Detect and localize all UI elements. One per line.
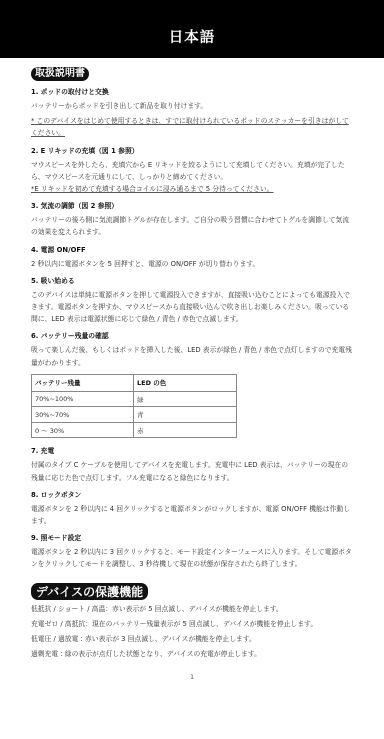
section-eliquid: 2. E リキッドの充填（図 1 参照） マウスピースを外したら、充填穴から E… bbox=[31, 146, 353, 196]
protection-line: 充電ゼロ / 高抵抗：現在のバッテリー残量表示が 5 回点滅し、デバイスが機能を… bbox=[31, 618, 353, 630]
table-cell: 30%~70% bbox=[32, 407, 134, 423]
section-text: 付属のタイプ C ケーブルを使用してデバイスを充電します。充電中に LED 表示… bbox=[31, 459, 353, 483]
protection-line: 低電圧 / 過放電 : 赤い表示が 3 回点滅し、デバイスが機能を停止します。 bbox=[31, 633, 353, 645]
section-heading: 2. E リキッドの充填（図 1 参照） bbox=[31, 146, 353, 156]
page-header: 日本語 bbox=[0, 0, 384, 58]
section-heading: 7. 充電 bbox=[31, 446, 353, 456]
section-heading: 8. ロックボタン bbox=[31, 490, 353, 500]
section-heading: 1. ポッドの取付けと交換 bbox=[31, 87, 353, 97]
manual-content: 取扱説明書 1. ポッドの取付けと交換 バッテリーからポッドを引き出して新品を取… bbox=[0, 58, 384, 681]
table-cell: 緑 bbox=[134, 391, 237, 407]
section-text: マウスピースを外したら、充填穴から E リキッドを絞るようにして充填してください… bbox=[31, 159, 353, 183]
table-cell: 青 bbox=[134, 407, 237, 423]
section-pod: 1. ポッドの取付けと交換 バッテリーからポッドを引き出して新品を取り付けます。… bbox=[31, 87, 353, 140]
section-text: バッテリーの後ろ側に気流調節トグルが存在します。ご自分の吸う習慣に合わせてトグル… bbox=[31, 214, 353, 238]
table-cell: 70%~100% bbox=[32, 391, 134, 407]
section-heading: 4. 電源 ON/OFF bbox=[31, 245, 353, 255]
section-text: 吸って楽しんだ後、もしくはポッドを挿入した後、LED 表示が緑色 / 青色 / … bbox=[31, 344, 353, 368]
section-text: バッテリーからポッドを引き出して新品を取り付けます。 bbox=[31, 100, 353, 112]
table-cell: 赤 bbox=[134, 422, 237, 438]
section-text: このデバイスは単純に電源ボタンを押して電源投入できますが、直接吸い込むことによっ… bbox=[31, 289, 353, 326]
protection-line: 低抵抗 / ショート / 高温：赤い表示が 5 回点滅し、デバイスが機能を停止し… bbox=[31, 603, 353, 615]
table-row: 30%~70% 青 bbox=[32, 407, 237, 423]
protection-line: 過剰充電 : 緑の表示が点灯した状態となり、デバイスの充電が停止します。 bbox=[31, 648, 353, 660]
table-cell: 0 ～ 30% bbox=[32, 422, 134, 438]
table-header: LED の色 bbox=[134, 374, 237, 391]
section-note: *E リキッドを初めて充填する場合コイルに浸み通るまで 5 分待ってください。 bbox=[31, 183, 353, 195]
language-title: 日本語 bbox=[169, 26, 216, 47]
protection-list: 低抵抗 / ショート / 高温：赤い表示が 5 回点滅し、デバイスが機能を停止し… bbox=[31, 603, 353, 661]
table-header: バッテリー残量 bbox=[32, 374, 134, 391]
battery-led-table: バッテリー残量 LED の色 70%~100% 緑 30%~70% 青 0 ～ … bbox=[31, 374, 237, 439]
section-start: 5. 吸い始める このデバイスは単純に電源ボタンを押して電源投入できますが、直接… bbox=[31, 276, 353, 326]
section-heading: 5. 吸い始める bbox=[31, 276, 353, 286]
section-charging: 7. 充電 付属のタイプ C ケーブルを使用してデバイスを充電します。充電中に … bbox=[31, 446, 353, 483]
table-header-row: バッテリー残量 LED の色 bbox=[32, 374, 237, 391]
section-battery-check: 6. バッテリー残量の確認 吸って楽しんだ後、もしくはポッドを挿入した後、LED… bbox=[31, 331, 353, 438]
section-text: 2 秒以内に電源ボタンを 5 回押すと、電源の ON/OFF が切り替わります。 bbox=[31, 258, 353, 270]
manual-section-title: 取扱説明書 bbox=[31, 67, 89, 81]
section-lock: 8. ロックボタン 電源ボタンを 2 秒以内に 4 回クリックすると電源ボタンが… bbox=[31, 490, 353, 527]
section-heading: 6. バッテリー残量の確認 bbox=[31, 331, 353, 341]
page-number: 1 bbox=[31, 674, 353, 681]
section-airflow: 3. 気流の調節（図 2 参照） バッテリーの後ろ側に気流調節トグルが存在します… bbox=[31, 201, 353, 238]
table-row: 0 ～ 30% 赤 bbox=[32, 422, 237, 438]
section-note: * このデバイスをはじめて使用するときは、すでに取付けられているポッドのステッカ… bbox=[31, 115, 353, 139]
section-power: 4. 電源 ON/OFF 2 秒以内に電源ボタンを 5 回押すと、電源の ON/… bbox=[31, 245, 353, 270]
section-mode: 9. 照モード設定 電源ボタンを 2 秒以内に 3 回クリックすると、モード設定… bbox=[31, 533, 353, 570]
protection-section-title: デバイスの保護機能 bbox=[31, 583, 148, 600]
section-heading: 3. 気流の調節（図 2 参照） bbox=[31, 201, 353, 211]
table-row: 70%~100% 緑 bbox=[32, 391, 237, 407]
section-text: 電源ボタンを 2 秒以内に 3 回クリックすると、モード設定インターフェースに入… bbox=[31, 546, 353, 570]
section-heading: 9. 照モード設定 bbox=[31, 533, 353, 543]
section-text: 電源ボタンを 2 秒以内に 4 回クリックすると電源ボタンがロックしますが、電源… bbox=[31, 503, 353, 527]
